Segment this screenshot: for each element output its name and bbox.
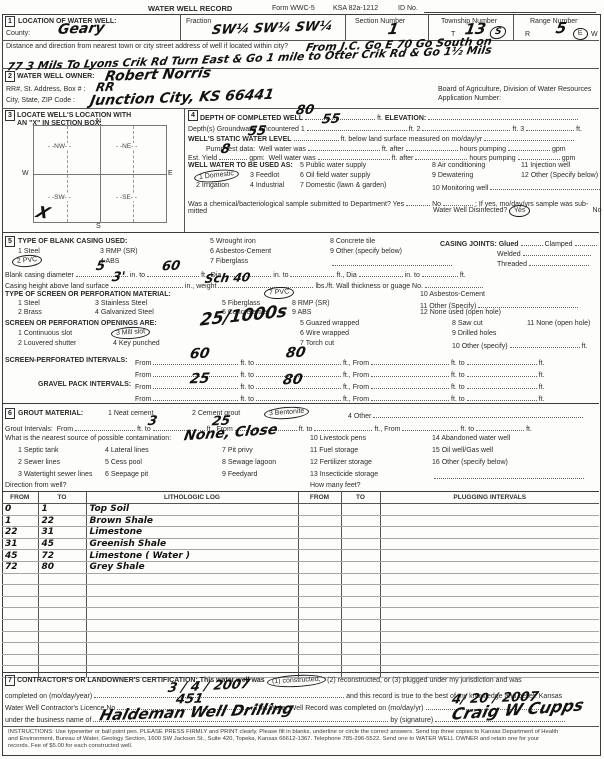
gp2-ftend-label: ft. — [539, 396, 545, 403]
gw2-blank — [422, 122, 510, 131]
swl-blank — [294, 132, 339, 141]
sp-ftto2-label: ft. to — [451, 360, 465, 367]
use-option-6: 6 Oil field water supply — [300, 171, 370, 180]
gp2-to-blank — [256, 392, 341, 401]
contam-option-8: 8 Sewage lagoon — [222, 458, 276, 467]
sp2-from2-blank — [371, 368, 449, 377]
plug-col-intervals: PLUGGING INTERVALS — [380, 492, 599, 504]
form-number: Form WWC-5 — [272, 4, 315, 13]
use-option-12: 12 Other (Specify below) — [521, 171, 598, 180]
yield-after-label: ft. after — [392, 155, 414, 162]
contamination-question: What is the nearest source of possible c… — [5, 434, 171, 443]
fraction-label: Fraction — [186, 17, 211, 26]
plug-to — [341, 527, 380, 539]
gw3-blank — [526, 122, 574, 131]
swl-date-blank — [484, 132, 574, 141]
use-option-11: 11 Injection well — [521, 161, 570, 170]
contam-option-6: 6 Seepage pit — [105, 470, 148, 479]
contam-option-10: 10 Livestock pens — [310, 434, 366, 443]
opening-option-6: 6 Wire wrapped — [300, 329, 349, 338]
elevation-label: ELEVATION: — [385, 115, 426, 122]
section-box-horizontal-center — [34, 174, 166, 175]
lith-to: 31 — [38, 527, 86, 539]
business-name-label: under the business name of — [5, 717, 91, 724]
welded-blank — [523, 247, 591, 256]
lith-col-log: LITHOLOGIC LOG — [86, 492, 298, 504]
completed-on-label: completed on (mo/day/year) — [5, 693, 92, 700]
contam-option-11: 11 Fuel storage — [310, 446, 358, 455]
plug-col-from: FROM — [298, 492, 341, 504]
gp2-from2-blank — [371, 392, 449, 401]
diam-into-label: in. to — [130, 272, 145, 279]
elevation-blank — [428, 111, 578, 120]
screen-option-12: 12 None used (open hole) — [420, 308, 501, 317]
form-title: WATER WELL RECORD — [148, 4, 232, 13]
sp2-ftfrom-label: ft., From — [343, 372, 369, 379]
range-r-label: R — [525, 30, 530, 39]
lith-log: Top Soil — [86, 504, 298, 516]
gp-ftfrom-label: ft., From — [343, 384, 369, 391]
dia2-into-label: in. to — [273, 272, 288, 279]
gi-ftfrom2-label: ft., From — [374, 426, 400, 433]
contam-option-1: 1 Septic tank — [18, 446, 58, 455]
lith-row: 122Brown Shale — [2, 515, 599, 527]
lith-row-empty — [2, 608, 599, 620]
gi-ftto2-label: ft. to — [299, 426, 313, 433]
section2-title: WATER WELL OWNER: — [17, 72, 95, 81]
plug-interval — [380, 527, 599, 539]
gp-ftto-label: ft. to — [240, 384, 254, 391]
dia2-ftdia-label: ft., Dia — [336, 272, 356, 279]
lith-row-empty — [2, 654, 599, 666]
groundwater-depth-handwritten: 55 — [321, 112, 342, 128]
casing-option-7: 7 Fiberglass — [210, 257, 248, 266]
lith-row: 4572Limestone ( Water ) — [2, 550, 599, 562]
opening-option-8: 8 Saw cut — [452, 319, 483, 328]
lith-from: 72 — [2, 561, 38, 573]
casing-height-handwritten: 3' — [111, 270, 127, 286]
sp-to2-blank — [467, 356, 537, 365]
gp2-from-blank — [153, 392, 238, 401]
divider — [345, 14, 346, 40]
opening-other-blank — [510, 339, 580, 348]
grout-option-1: 1 Neat cement — [108, 409, 154, 418]
section6-title: GROUT MATERIAL: — [18, 409, 83, 418]
lith-row: 7280Grey Shale — [2, 561, 599, 573]
plug-to — [341, 504, 380, 516]
lith-row: 3145Greenish Shale — [2, 538, 599, 550]
opening-option-1: 1 Continuous slot — [18, 329, 72, 338]
ksa-statute: KSA 82a-1212 — [333, 4, 378, 13]
use-option-10: 10 Monitoring well — [432, 185, 488, 192]
sp-ftto-label: ft. to — [240, 360, 254, 367]
gp2-ftto2-label: ft. to — [451, 396, 465, 403]
section5-title: TYPE OF BLANK CASING USED: — [18, 237, 127, 246]
plug-to — [341, 550, 380, 562]
instructions-line1: INSTRUCTIONS: Use typewriter or ball poi… — [8, 729, 558, 736]
pump-ft-blank — [308, 142, 380, 151]
gravel-pack-intervals-label: GRAVEL PACK INTERVALS: — [38, 380, 131, 389]
screen-material-title: TYPE OF SCREEN OR PERFORATION MATERIAL: — [5, 290, 171, 299]
gp-from-label: From — [135, 384, 151, 391]
section7-number: 7 — [5, 675, 15, 686]
plug-to — [341, 561, 380, 573]
section3-number: 3 — [5, 110, 15, 121]
lith-from: 0 — [2, 504, 38, 516]
instructions-line2: and Environment, Bureau of Water, Geolog… — [8, 736, 539, 743]
gp-from-handwritten: 25 — [189, 371, 211, 388]
gi-to2-blank — [314, 422, 372, 431]
use-option-9: 9 Dewatering — [432, 171, 473, 180]
section4-number: 4 — [188, 110, 198, 121]
licence-label: Water Well Contractor's Licence No — [5, 705, 115, 712]
sp-ftend-label: ft. — [539, 360, 545, 367]
casing-option-5: 5 Wrought iron — [210, 237, 256, 246]
opening-option-10: 10 Other (specify) — [452, 343, 508, 350]
gauge-blank — [425, 279, 483, 288]
opening-ft-label: ft. — [582, 343, 588, 350]
casing-height-label: Casing height above land surface — [5, 283, 109, 290]
lith-row-empty — [2, 631, 599, 643]
plug-from — [298, 527, 341, 539]
pump-gpm-blank — [508, 142, 550, 151]
gp2-from-label: From — [135, 396, 151, 403]
opening-option-2: 2 Louvered shutter — [18, 339, 76, 348]
rule — [2, 726, 599, 727]
nw-quadrant-label: - -NW- - — [46, 143, 73, 150]
contam-option-14: 14 Abandoned water well — [432, 434, 510, 443]
divider — [513, 14, 514, 40]
contam-option-4: 4 Lateral lines — [105, 446, 149, 455]
lith-log: Brown Shale — [86, 515, 298, 527]
blank-casing-diameter-label: Blank casing diameter — [5, 272, 74, 279]
contam-option-9: 9 Feedyard — [222, 470, 257, 479]
ne-quadrant-label: - -NE- - — [114, 143, 139, 150]
county-label: County: — [6, 29, 30, 38]
gi-from3-blank — [402, 422, 458, 431]
application-number-label: Application Number: — [438, 94, 501, 103]
use-option-3: 3 Feedlot — [250, 171, 279, 180]
use-option-8: 8 Air conditioning — [432, 161, 485, 170]
sp-from-label: From — [135, 360, 151, 367]
water-well-record-form: WATER WELL RECORD Form WWC-5 KSA 82a-121… — [0, 0, 604, 759]
compass-north-label: N — [96, 117, 101, 126]
owner-city-label: City, State, ZIP Code : — [6, 96, 75, 105]
lith-row-empty — [2, 596, 599, 608]
grout-option-4: 4 Other — [348, 413, 371, 420]
lith-row: 2231Limestone — [2, 527, 599, 539]
contam-option-2: 2 Sewer lines — [18, 458, 60, 467]
divider — [180, 14, 181, 40]
lith-row-empty — [2, 585, 599, 597]
plug-interval — [380, 561, 599, 573]
use-option-2: 2 Irrigation — [196, 181, 229, 190]
disinfected-no-label: No — [593, 207, 602, 214]
gi-from-label: From — [57, 426, 73, 433]
screen-option-10: 10 Asbestos-Cement — [420, 290, 485, 299]
instructions-line3: records. Fee of $5.00 for each construct… — [8, 743, 132, 750]
gw-ftend-label: ft. — [576, 126, 582, 133]
signature-label: by (signature) — [390, 717, 433, 724]
screen-option-2: 2 Brass — [18, 308, 42, 317]
use-option-4: 4 Industrial — [250, 181, 284, 190]
compass-south-label: S — [96, 222, 101, 231]
well-water-use-label: WELL WATER TO BE USED AS: — [188, 161, 293, 170]
id-number-blank — [424, 12, 596, 13]
opening-option-9: 9 Drilled holes — [452, 329, 496, 338]
screen-option-9: 9 ABS — [292, 308, 311, 317]
sp2-ftto-label: ft. to — [240, 372, 254, 379]
grout-intervals-label: Grout Intervals: — [5, 426, 53, 433]
lith-from: 31 — [2, 538, 38, 550]
sample-question: Was a chemical/bacteriological sample su… — [188, 201, 404, 208]
gp2-ftto-label: ft. to — [240, 396, 254, 403]
sp-to-handwritten: 80 — [285, 345, 307, 362]
lith-row: 01Top Soil — [2, 504, 599, 516]
opening-option-4: 4 Key punched — [113, 339, 160, 348]
yield-gpm-blank — [518, 151, 560, 160]
gi-to3-blank — [476, 422, 524, 431]
threaded-label: Threaded — [497, 261, 527, 268]
section-location-box: - -NW- - - -NE- - - -SW- - - -SE- - — [33, 125, 167, 223]
distance-direction-label: Distance and direction from nearest town… — [6, 42, 288, 51]
lith-log: Limestone ( Water ) — [86, 550, 298, 562]
plug-to — [341, 538, 380, 550]
plug-interval — [380, 538, 599, 550]
casing-option-8: 8 Concrete tile — [330, 237, 375, 246]
yield-hours-blank — [415, 151, 467, 160]
gp2-to2-blank — [467, 392, 537, 401]
id-number-label: ID No. — [398, 4, 418, 13]
direction-from-well-label: Direction from well? — [5, 481, 66, 490]
lith-col-to: TO — [38, 492, 86, 504]
sp2-ftend-label: ft. — [539, 372, 545, 379]
board-of-agriculture-text: Board of Agriculture, Division of Water … — [438, 85, 591, 94]
lith-to: 22 — [38, 515, 86, 527]
contam-other-blank — [434, 470, 584, 479]
lithologic-log-table: FROM TO LITHOLOGIC LOG FROM TO PLUGGING … — [2, 491, 599, 678]
gi-ftto3-label: ft. to — [460, 426, 474, 433]
gp-ftend-label: ft. — [539, 384, 545, 391]
sample-question-cont: mitted — [188, 207, 207, 216]
sp2-from-label: From — [135, 372, 151, 379]
lith-row-empty — [2, 573, 599, 585]
plug-from — [298, 515, 341, 527]
dia3-into-label: in. to — [405, 272, 420, 279]
section5-number: 5 — [5, 236, 15, 247]
screen-other-blank — [478, 299, 578, 308]
screen-option-1: 1 Steel — [18, 299, 40, 308]
screen-option-8: 8 RMP (SR) — [292, 299, 330, 308]
lith-header-row: FROM TO LITHOLOGIC LOG FROM TO PLUGGING … — [2, 492, 599, 504]
screen-option-4: 4 Galvanized Steel — [95, 308, 154, 317]
static-water-level-handwritten: 55 — [247, 124, 268, 140]
grout-other-blank — [373, 409, 583, 418]
range-west-label: W — [591, 30, 598, 39]
casing-weight-handwritten: Sch 40 — [204, 270, 252, 286]
contam-option-12: 12 Fertilizer storage — [310, 458, 372, 467]
contam-option-7: 7 Pit privy — [222, 446, 253, 455]
gp-ftto2-label: ft. to — [451, 384, 465, 391]
divider — [184, 108, 185, 232]
depth-completed-handwritten: 80 — [295, 103, 316, 119]
quarter-line — [133, 126, 134, 222]
compass-west-label: W — [22, 169, 29, 178]
ft-label: ft. — [377, 115, 383, 122]
monitoring-blank — [490, 181, 600, 190]
casing-option-6: 6 Asbestos-Cement — [210, 247, 271, 256]
clamped-blank — [575, 237, 597, 246]
rule — [2, 232, 599, 233]
use-option-5: 5 Public water supply — [300, 161, 366, 170]
plug-col-to: TO — [341, 492, 380, 504]
gp2-ftfrom-label: ft., From — [343, 396, 369, 403]
sp-from2-blank — [371, 356, 449, 365]
plug-from — [298, 538, 341, 550]
gp-to-handwritten: 80 — [282, 372, 304, 389]
contam-option-15: 15 Oil well/Gas well — [432, 446, 493, 455]
casing-depth-handwritten: 60 — [161, 259, 182, 275]
range-number-label: Range Number — [530, 17, 577, 26]
sp2-to2-blank — [467, 368, 537, 377]
lith-log: Greenish Shale — [86, 538, 298, 550]
section2-number: 2 — [5, 71, 15, 82]
screen-perforated-intervals-label: SCREEN-PERFORATED INTERVALS: — [5, 356, 128, 365]
lith-to: 45 — [38, 538, 86, 550]
rule — [2, 40, 599, 41]
sw-quadrant-label: - -SW- - — [46, 194, 73, 201]
dia3-blank — [359, 268, 403, 277]
plug-to — [341, 515, 380, 527]
use-option-7: 7 Domestic (lawn & garden) — [300, 181, 386, 190]
plug-interval — [380, 504, 599, 516]
county-value-handwritten: Geary — [57, 20, 106, 38]
gp-from2-blank — [371, 380, 449, 389]
depth-completed-well-label: DEPTH OF COMPLETED WELL — [200, 115, 303, 122]
casing-option-3: 3 RMP (SR) — [100, 247, 138, 256]
yield-ft-blank — [318, 151, 390, 160]
casing-option-9: 9 Other (specify below) — [330, 247, 402, 256]
casing-other-blank — [332, 257, 452, 266]
certification-rest: (2) reconstructed, or (3) plugged under … — [327, 677, 522, 684]
how-many-feet-label: How many feet? — [310, 481, 361, 490]
lith-to: 80 — [38, 561, 86, 573]
sample-no-blank — [443, 197, 473, 206]
owner-address-label: RR#, St. Address, Box # : — [6, 85, 85, 94]
sp-from-handwritten: 60 — [189, 346, 211, 363]
opening-option-5: 5 Guazed wrapped — [300, 319, 359, 328]
gi-from-blank — [75, 422, 135, 431]
contam-option-16: 16 Other (specify below) — [432, 458, 508, 467]
section6-number: 6 — [5, 408, 15, 419]
opening-option-11: 11 None (open hole) — [527, 319, 590, 328]
quarter-line — [67, 126, 68, 222]
contam-option-13: 13 Insecticide storage — [310, 470, 378, 479]
se-quadrant-label: - -SE- - — [114, 194, 139, 201]
plug-interval — [380, 515, 599, 527]
lith-from: 45 — [2, 550, 38, 562]
sp2-ftto2-label: ft. to — [451, 372, 465, 379]
weight-post-label: lbs./ft. Wall thickness or guage No. — [315, 283, 423, 290]
lith-to: 72 — [38, 550, 86, 562]
dia3-ft-label: ft. — [460, 272, 466, 279]
section1-number: 1 — [5, 16, 15, 27]
contam-option-3: 3 Watertight sewer lines — [18, 470, 92, 479]
plug-interval — [380, 550, 599, 562]
lith-to: 1 — [38, 504, 86, 516]
compass-east-label: E — [168, 169, 173, 178]
contam-option-5: 5 Cess pool — [105, 458, 142, 467]
screen-option-3: 3 Stainless Steel — [95, 299, 147, 308]
lith-row-empty — [2, 643, 599, 655]
lith-row-empty — [2, 619, 599, 631]
plug-from — [298, 561, 341, 573]
lith-from: 22 — [2, 527, 38, 539]
plug-from — [298, 550, 341, 562]
disinfected-label: Water Well Disinfected? — [433, 207, 507, 214]
pump-hours-blank — [406, 142, 458, 151]
gi-ftend-label: ft. — [526, 426, 532, 433]
dia3-ft-blank — [422, 268, 458, 277]
threaded-blank — [529, 257, 589, 266]
dia2-ft-blank — [290, 268, 334, 277]
lith-log: Grey Shale — [86, 561, 298, 573]
sample-yes-blank — [406, 197, 430, 206]
sp-ftfrom-label: ft., From — [343, 360, 369, 367]
gp-to2-blank — [467, 380, 537, 389]
lith-col-from: FROM — [2, 492, 38, 504]
glued-blank — [521, 237, 543, 246]
plug-from — [298, 504, 341, 516]
lith-from: 1 — [2, 515, 38, 527]
lith-log: Limestone — [86, 527, 298, 539]
